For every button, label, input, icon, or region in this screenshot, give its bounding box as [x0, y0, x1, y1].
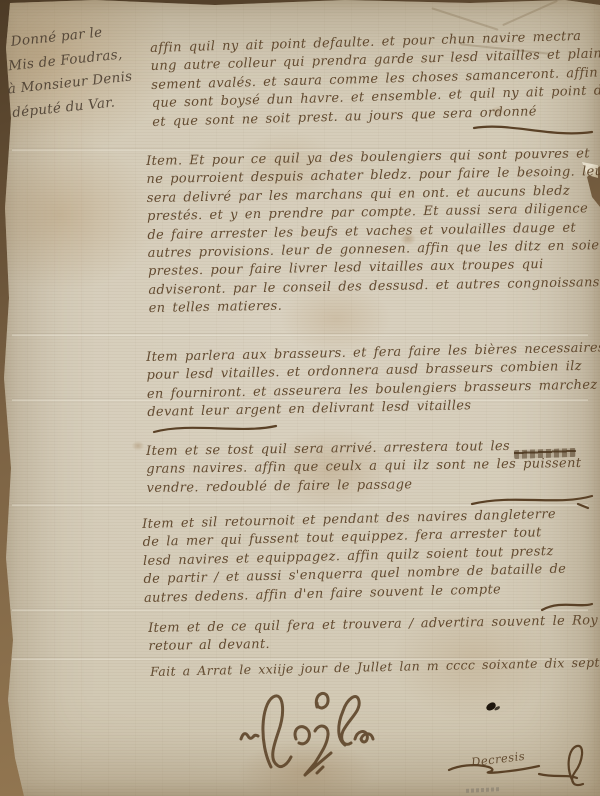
paragraph-3: Item parlera aux brasseurs. et fera fair…: [146, 340, 600, 423]
royal-signature: Loys: [233, 681, 377, 783]
paragraph-2: Item. Et pour ce quil ya des boulengiers…: [146, 145, 600, 319]
signature-name: Loys: [0, 0, 1, 1]
paragraph-4: Item et se tost quil sera arrivé. arrest…: [146, 438, 582, 499]
paragraph-5: Item et sil retournoit et pendant des na…: [142, 507, 567, 609]
countersignature: Decresis: [443, 736, 595, 794]
paragraph-6: Item et de ce quil fera et trouvera / ad…: [148, 613, 599, 658]
paragraph-1: affin quil ny ait point defaulte. et pou…: [150, 27, 600, 133]
manuscript-photo: Donné par le Mis de Foudras, à Monsieur …: [0, 0, 600, 796]
countersignature-flourish: [443, 736, 595, 794]
